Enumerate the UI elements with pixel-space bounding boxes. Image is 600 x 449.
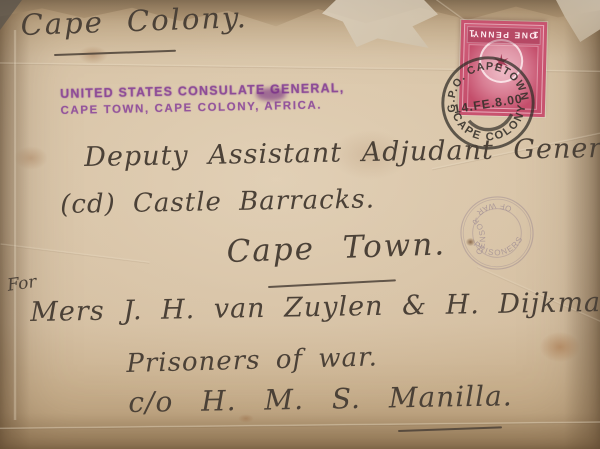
handwriting-city: Cape Town. (226, 226, 447, 270)
envelope-photo: Cape Colony. UNITED STATES CONSULATE GEN… (0, 0, 600, 449)
censor-handstamp: OF WAR CENSOR PRISONERS (446, 182, 548, 284)
handwriting-care-of-line: c/o H. M. S. Manilla. (128, 379, 513, 419)
stamp-numeral: 1 (466, 25, 478, 40)
stain-spot (540, 332, 580, 362)
stamp-numeral: 1 (530, 27, 542, 42)
ink-smudge (256, 88, 286, 101)
postmark-date-text: 14.FE.8.00 (453, 92, 524, 117)
stain-spot (14, 146, 48, 170)
handwriting-for-note: For (6, 272, 38, 296)
fold-line-left (13, 30, 17, 420)
consulate-handstamp: UNITED STATES CONSULATE GENERAL, CAPE TO… (60, 81, 345, 117)
handwriting-addressee-line2: (cd) Castle Barracks. (60, 185, 375, 220)
